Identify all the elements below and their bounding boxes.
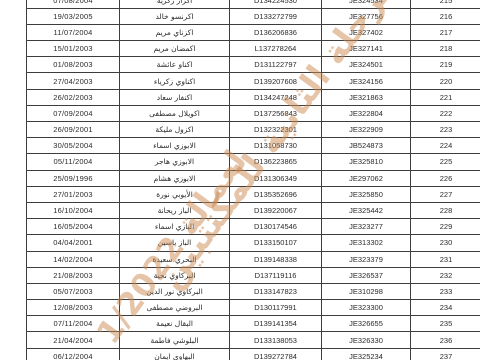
national-id-cell: D134247248: [230, 89, 322, 105]
date-cell: 30/05/2004: [27, 138, 120, 154]
row-number-cell: 218: [411, 41, 480, 57]
date-cell: 25/09/1996: [27, 170, 120, 186]
national-id-cell: D136206836: [230, 24, 322, 40]
national-id-cell: D132322301: [230, 122, 322, 138]
row-number-cell: 217: [411, 24, 480, 40]
registration-number-cell: JE323277: [322, 219, 411, 235]
row-number-cell: 228: [411, 202, 480, 218]
table-row: 16/10/2004الباز ريحانةD139220067JE325442…: [27, 202, 480, 218]
scanned-document-page: 07/08/2004اكرار زكريةD134224530JE3245342…: [0, 0, 480, 360]
national-id-cell: D133138053: [230, 332, 322, 348]
table-row: 26/09/2001اكزول مليكةD132322301JE3229092…: [27, 122, 480, 138]
date-cell: 07/09/2004: [27, 105, 120, 121]
registration-number-cell: JE321863: [322, 89, 411, 105]
row-number-cell: 235: [411, 316, 480, 332]
national-id-cell: D131058730: [230, 138, 322, 154]
row-number-cell: 234: [411, 300, 480, 316]
registration-number-cell: JE326537: [322, 267, 411, 283]
registration-number-cell: JB524873: [322, 138, 411, 154]
name-cell: اكرار زكرية: [120, 0, 230, 8]
registration-number-cell: JE327141: [322, 41, 411, 57]
registration-number-cell: JE325850: [322, 186, 411, 202]
row-number-cell: 227: [411, 186, 480, 202]
table-row: 05/11/2004الابوزي هاجرD136223865JE325810…: [27, 154, 480, 170]
registration-number-cell: JE313302: [322, 235, 411, 251]
table-row: 12/08/2003البروضي مصطفىD130117991JE32330…: [27, 300, 480, 316]
name-cell: اكناو عائشة: [120, 57, 230, 73]
name-cell: اكناوي زكرياء: [120, 73, 230, 89]
date-cell: 05/11/2004: [27, 154, 120, 170]
national-id-cell: D136223865: [230, 154, 322, 170]
date-cell: 16/05/2004: [27, 219, 120, 235]
row-number-cell: 223: [411, 122, 480, 138]
registration-number-cell: JE325234: [322, 348, 411, 360]
date-cell: 07/11/2004: [27, 316, 120, 332]
name-cell: البحري سعيدة: [120, 251, 230, 267]
row-number-cell: 225: [411, 154, 480, 170]
registration-number-cell: JE322804: [322, 105, 411, 121]
date-cell: 14/02/2004: [27, 251, 120, 267]
name-cell: اكرنسو خالد: [120, 8, 230, 24]
date-cell: 16/10/2004: [27, 202, 120, 218]
name-cell: البركاوي نور الدين: [120, 283, 230, 299]
table-row: 07/11/2004البقال نعيمةD139141354JE326655…: [27, 316, 480, 332]
table-row: 21/04/2004البلوشي فاطمةD133138053JE32633…: [27, 332, 480, 348]
national-id-cell: D130174546: [230, 219, 322, 235]
name-cell: اكزناي مريم: [120, 24, 230, 40]
name-cell: البهاوي ايمان: [120, 348, 230, 360]
row-number-cell: 215: [411, 0, 480, 8]
national-id-cell: D139148338: [230, 251, 322, 267]
table-row: 27/04/2003اكناوي زكرياءD139207608JE32415…: [27, 73, 480, 89]
table-row: 25/09/1996الابوزي هشامD131306349JE297062…: [27, 170, 480, 186]
table-row: 06/12/2004البهاوي ايمانD139272784JE32523…: [27, 348, 480, 360]
registration-number-cell: JE297062: [322, 170, 411, 186]
row-number-cell: 236: [411, 332, 480, 348]
table-row: 27/01/2003الأيوبي نورةD135352696JE325850…: [27, 186, 480, 202]
name-cell: اكزول مليكة: [120, 122, 230, 138]
national-id-cell: D137119116: [230, 267, 322, 283]
row-number-cell: 224: [411, 138, 480, 154]
name-cell: اكنفار سعاد: [120, 89, 230, 105]
national-id-cell: D139272784: [230, 348, 322, 360]
name-cell: اكمضان مريم: [120, 41, 230, 57]
national-id-cell: D137256843: [230, 105, 322, 121]
registration-number-cell: JE326330: [322, 332, 411, 348]
name-cell: الابوزي اسماء: [120, 138, 230, 154]
national-id-cell: D139141354: [230, 316, 322, 332]
national-id-cell: D133150107: [230, 235, 322, 251]
name-cell: البازي اسماء: [120, 219, 230, 235]
date-cell: 21/08/2003: [27, 267, 120, 283]
row-number-cell: 226: [411, 170, 480, 186]
national-id-cell: D135352696: [230, 186, 322, 202]
name-cell: الابوزي هشام: [120, 170, 230, 186]
row-number-cell: 237: [411, 348, 480, 360]
row-number-cell: 229: [411, 219, 480, 235]
national-id-cell: L137278264: [230, 41, 322, 57]
name-cell: البروضي مصطفى: [120, 300, 230, 316]
registration-number-cell: JE327756: [322, 8, 411, 24]
date-cell: 26/09/2001: [27, 122, 120, 138]
name-cell: الباز ياسين: [120, 235, 230, 251]
registration-number-cell: JE326655: [322, 316, 411, 332]
name-cell: الباز ريحانة: [120, 202, 230, 218]
registration-number-cell: JE325442: [322, 202, 411, 218]
table-body: 07/08/2004اكرار زكريةD134224530JE3245342…: [27, 0, 480, 360]
row-number-cell: 232: [411, 267, 480, 283]
national-id-cell: D139207608: [230, 73, 322, 89]
row-number-cell: 222: [411, 105, 480, 121]
registration-number-cell: JE322909: [322, 122, 411, 138]
table-row: 07/08/2004اكرار زكريةD134224530JE3245342…: [27, 0, 480, 8]
name-cell: البلوشي فاطمة: [120, 332, 230, 348]
national-id-cell: D131306349: [230, 170, 322, 186]
national-id-cell: D139220067: [230, 202, 322, 218]
national-id-cell: D130117991: [230, 300, 322, 316]
registration-number-cell: JE323300: [322, 300, 411, 316]
date-cell: 12/08/2003: [27, 300, 120, 316]
date-cell: 26/02/2003: [27, 89, 120, 105]
date-cell: 07/08/2004: [27, 0, 120, 8]
date-cell: 15/01/2003: [27, 41, 120, 57]
row-number-cell: 221: [411, 89, 480, 105]
table-row: 05/07/2003البركاوي نور الدينD133147823JE…: [27, 283, 480, 299]
table-row: 16/05/2004البازي اسماءD130174546JE323277…: [27, 219, 480, 235]
table-row: 01/08/2003اكناو عائشةD131122797JE3245012…: [27, 57, 480, 73]
date-cell: 27/01/2003: [27, 186, 120, 202]
registration-number-cell: JE324501: [322, 57, 411, 73]
registration-table: 07/08/2004اكرار زكريةD134224530JE3245342…: [26, 0, 480, 360]
date-cell: 11/07/2004: [27, 24, 120, 40]
row-number-cell: 231: [411, 251, 480, 267]
name-cell: البقال نعيمة: [120, 316, 230, 332]
row-number-cell: 216: [411, 8, 480, 24]
row-number-cell: 233: [411, 283, 480, 299]
table-row: 30/05/2004الابوزي اسماءD131058730JB52487…: [27, 138, 480, 154]
date-cell: 01/08/2003: [27, 57, 120, 73]
table-row: 07/09/2004اكويلال مصطفىD137256843JE32280…: [27, 105, 480, 121]
name-cell: اكويلال مصطفى: [120, 105, 230, 121]
national-id-cell: D134224530: [230, 0, 322, 8]
date-cell: 19/03/2005: [27, 8, 120, 24]
table-row: 21/08/2003البركاوي نجيةD137119116JE32653…: [27, 267, 480, 283]
table-row: 14/02/2004البحري سعيدةD139148338JE323379…: [27, 251, 480, 267]
table-row: 15/01/2003اكمضان مريمL137278264JE3271412…: [27, 41, 480, 57]
date-cell: 04/04/2001: [27, 235, 120, 251]
national-id-cell: D133147823: [230, 283, 322, 299]
date-cell: 21/04/2004: [27, 332, 120, 348]
registration-number-cell: JE327402: [322, 24, 411, 40]
national-id-cell: D133272799: [230, 8, 322, 24]
national-id-cell: D131122797: [230, 57, 322, 73]
date-cell: 06/12/2004: [27, 348, 120, 360]
row-number-cell: 219: [411, 57, 480, 73]
name-cell: الأيوبي نورة: [120, 186, 230, 202]
registration-number-cell: JE310298: [322, 283, 411, 299]
date-cell: 27/04/2003: [27, 73, 120, 89]
registration-number-cell: JE324534: [322, 0, 411, 8]
registration-number-cell: JE323379: [322, 251, 411, 267]
name-cell: الابوزي هاجر: [120, 154, 230, 170]
table-row: 26/02/2003اكنفار سعادD134247248JE3218632…: [27, 89, 480, 105]
row-number-cell: 220: [411, 73, 480, 89]
table-row: 04/04/2001الباز ياسينD133150107JE3133022…: [27, 235, 480, 251]
table-row: 19/03/2005اكرنسو خالدD133272799JE3277562…: [27, 8, 480, 24]
registration-number-cell: JE324156: [322, 73, 411, 89]
row-number-cell: 230: [411, 235, 480, 251]
name-cell: البركاوي نجية: [120, 267, 230, 283]
table-row: 11/07/2004اكزناي مريمD136206836JE3274022…: [27, 24, 480, 40]
date-cell: 05/07/2003: [27, 283, 120, 299]
registration-number-cell: JE325810: [322, 154, 411, 170]
